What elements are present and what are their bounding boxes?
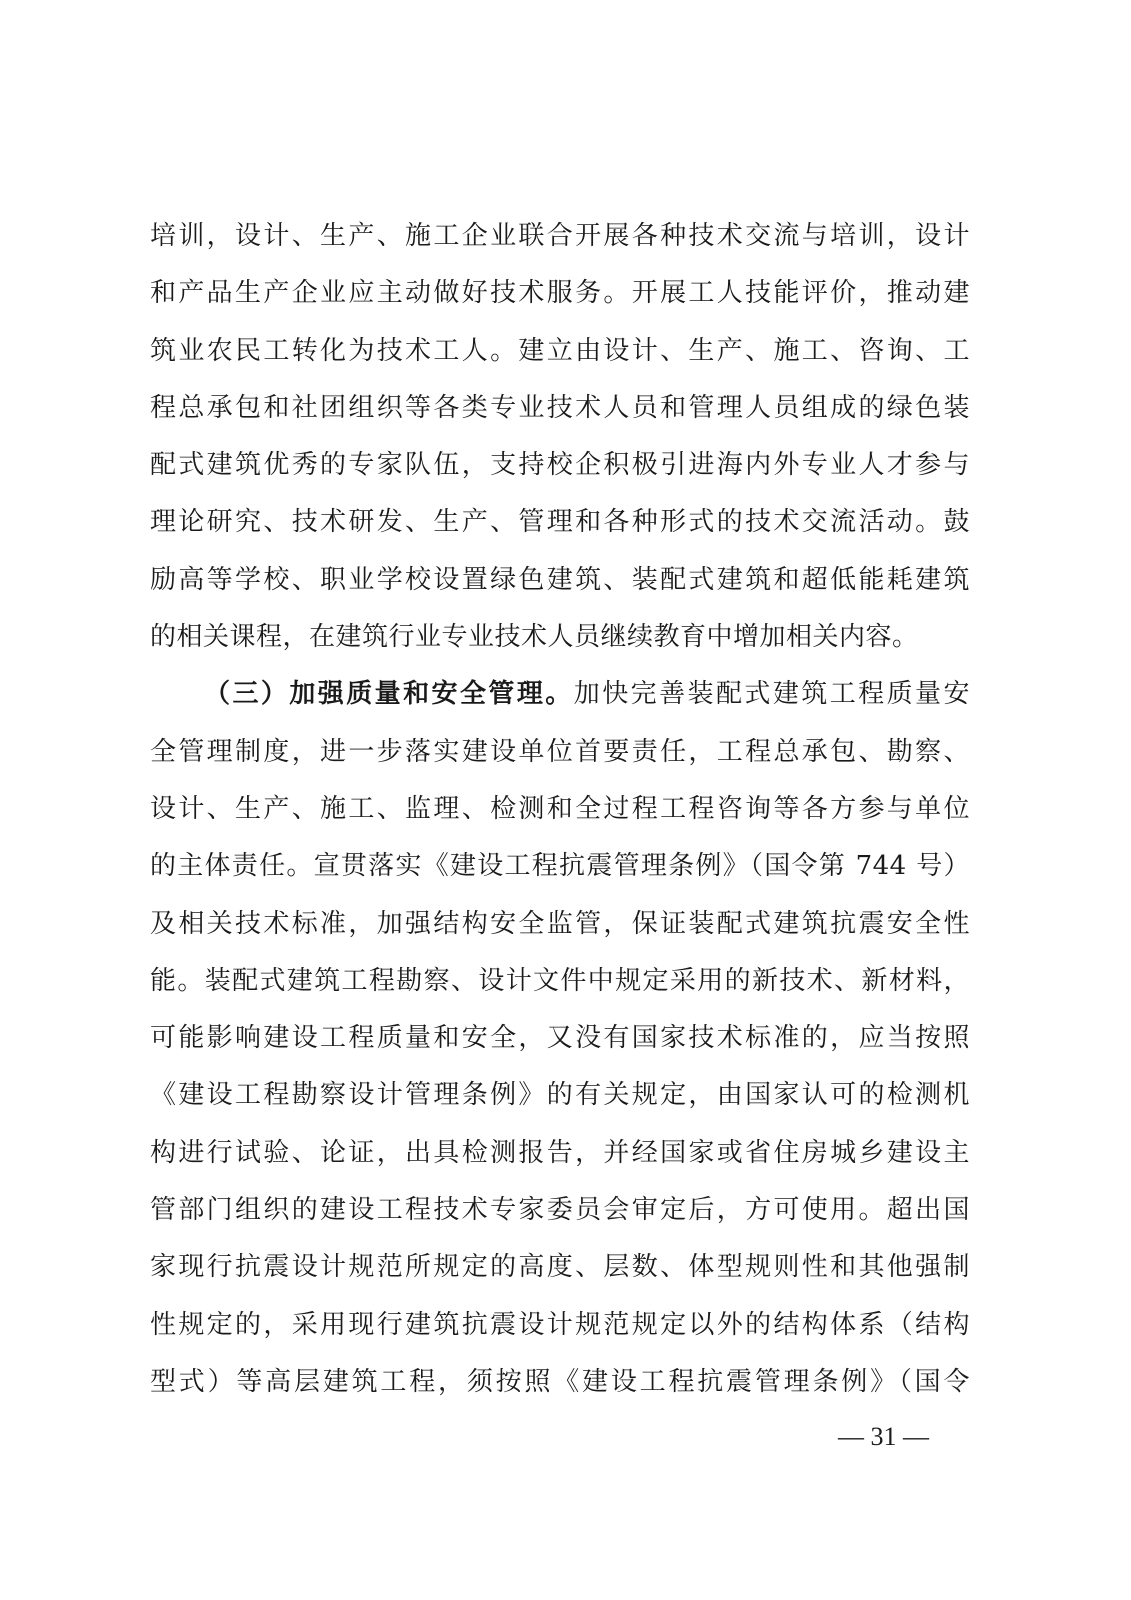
text-line: 筑业农民工转化为技术工人。建立由设计、生产、施工、咨询、工 (150, 323, 970, 380)
text-line: 及相关技术标准，加强结构安全监管，保证装配式建筑抗震安全性 (150, 896, 970, 953)
text-line: 理论研究、技术研发、生产、管理和各种形式的技术交流活动。鼓 (150, 494, 970, 551)
section-heading: （三）加强质量和安全管理。 (204, 679, 574, 709)
text-line: 《建设工程勘察设计管理条例》的有关规定，由国家认可的检测机 (150, 1067, 970, 1124)
text-line: 构进行试验、论证，出具检测报告，并经国家或省住房城乡建设主 (150, 1125, 970, 1182)
section-heading-line: （三）加强质量和安全管理。加快完善装配式建筑工程质量安 (150, 666, 970, 723)
text-line: 家现行抗震设计规范所规定的高度、层数、体型规则性和其他强制 (150, 1239, 970, 1296)
text-line: 配式建筑优秀的专家队伍，支持校企积极引进海内外专业人才参与 (150, 437, 970, 494)
body-text: 培训，设计、生产、施工企业联合开展各种技术交流与培训，设计 和产品生产企业应主动… (150, 208, 970, 1411)
section-text: 加快完善装配式建筑工程质量安 (574, 679, 970, 709)
text-line: 的相关课程，在建筑行业专业技术人员继续教育中增加相关内容。 (150, 609, 970, 666)
text-line: 的主体责任。宣贯落实《建设工程抗震管理条例》（国令第 744 号） (150, 838, 970, 895)
text-line: 可能影响建设工程质量和安全，又没有国家技术标准的，应当按照 (150, 1010, 970, 1067)
text-line: 设计、生产、施工、监理、检测和全过程工程咨询等各方参与单位 (150, 781, 970, 838)
page-number: — 31 — (838, 1422, 929, 1452)
text-line: 管部门组织的建设工程技术专家委员会审定后，方可使用。超出国 (150, 1182, 970, 1239)
text-line: 性规定的，采用现行建筑抗震设计规范规定以外的结构体系（结构 (150, 1297, 970, 1354)
document-page: 培训，设计、生产、施工企业联合开展各种技术交流与培训，设计 和产品生产企业应主动… (0, 0, 1131, 1600)
text-line: 励高等学校、职业学校设置绿色建筑、装配式建筑和超低能耗建筑 (150, 552, 970, 609)
text-line: 培训，设计、生产、施工企业联合开展各种技术交流与培训，设计 (150, 208, 970, 265)
text-line: 型式）等高层建筑工程，须按照《建设工程抗震管理条例》（国令 (150, 1354, 970, 1411)
text-line: 全管理制度，进一步落实建设单位首要责任，工程总承包、勘察、 (150, 724, 970, 781)
text-line: 程总承包和社团组织等各类专业技术人员和管理人员组成的绿色装 (150, 380, 970, 437)
text-line: 能。装配式建筑工程勘察、设计文件中规定采用的新技术、新材料， (150, 953, 970, 1010)
text-line: 和产品生产企业应主动做好技术服务。开展工人技能评价，推动建 (150, 265, 970, 322)
